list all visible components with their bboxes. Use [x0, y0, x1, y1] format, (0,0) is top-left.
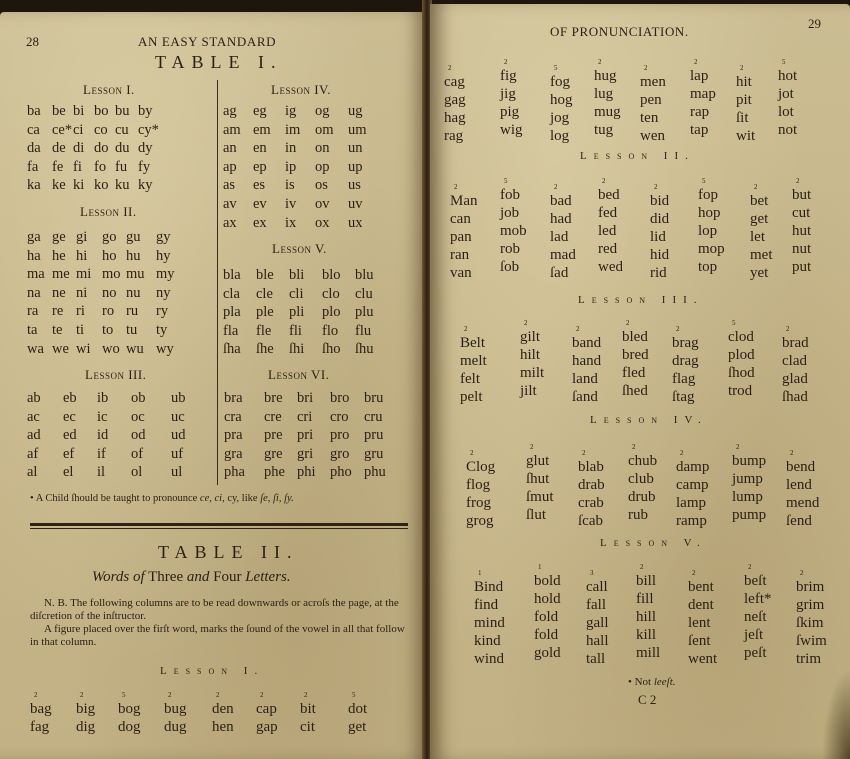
word-text: met	[750, 247, 773, 263]
syllable: ib	[97, 389, 131, 408]
syllable: dy	[138, 139, 158, 158]
word: camp	[676, 476, 709, 494]
syllable-grid: agegigogugamemimomumaneninonunapepipopup…	[223, 102, 378, 232]
word-text: club	[628, 471, 654, 487]
word-text: lop	[698, 223, 717, 239]
word-text: pig	[500, 104, 519, 120]
word-text: let	[750, 229, 765, 245]
word: lend	[786, 476, 819, 494]
syllable: ko	[94, 176, 115, 195]
word: nut	[792, 240, 811, 258]
word-text: get	[750, 211, 768, 227]
syllable: ca	[27, 121, 52, 140]
word: 5fog	[550, 73, 573, 91]
syllable: to	[102, 321, 126, 340]
word-text: neſt	[744, 609, 767, 625]
syllable-row: kakekikokuky	[27, 176, 158, 195]
syllable: pru	[364, 426, 394, 445]
word-text: ſent	[688, 633, 711, 649]
syllable: ka	[27, 176, 52, 195]
word: mind	[474, 614, 505, 632]
word-text: melt	[460, 353, 487, 369]
word-text: glad	[782, 371, 808, 387]
lesson-heading: Lesson III.	[578, 294, 704, 306]
word: crab	[578, 494, 605, 512]
word: ran	[450, 246, 478, 264]
word: mug	[594, 103, 621, 121]
lesson-heading: Lesson I.	[160, 665, 264, 677]
word-text: wig	[500, 122, 523, 138]
syllable-row: praprepripropru	[224, 426, 394, 445]
word-text: dug	[164, 719, 187, 735]
word-text: wit	[736, 128, 755, 144]
word: job	[500, 204, 527, 222]
syllable: ix	[285, 214, 315, 233]
vowel-sound-mark: 2	[582, 449, 586, 457]
vowel-sound-mark: 2	[168, 691, 172, 699]
syllable: do	[94, 139, 115, 158]
word-text: bled	[622, 329, 648, 345]
vowel-sound-mark: 2	[454, 183, 458, 191]
word-text: ſad	[550, 265, 568, 281]
syllable: wo	[102, 340, 126, 359]
word-text: trim	[796, 651, 821, 667]
word: lot	[778, 103, 797, 121]
vowel-sound-mark: 2	[740, 64, 744, 72]
word-column: 2capgap	[256, 700, 278, 736]
word: 2beſt	[744, 572, 772, 590]
syllable: is	[285, 176, 315, 195]
word: tug	[594, 121, 621, 139]
syllable: cru	[364, 408, 394, 427]
syllable: flu	[355, 322, 385, 341]
word: left*	[744, 590, 772, 608]
word: 2cag	[444, 73, 466, 91]
syllable: pho	[330, 463, 364, 482]
syllable: es	[253, 176, 285, 195]
syllable: pli	[289, 303, 322, 322]
word: flog	[466, 476, 495, 494]
syllable-grid: gagegigogugyhahehihohuhymamemimomumynane…	[27, 228, 176, 358]
word-text: gall	[586, 615, 609, 631]
word-column: 2figjigpigwig	[500, 67, 523, 139]
syllable: ſhe	[256, 340, 289, 359]
word-text: milt	[520, 365, 544, 381]
vowel-sound-mark: 2	[530, 443, 534, 451]
word: mill	[636, 644, 660, 662]
vowel-sound-mark: 2	[470, 449, 474, 457]
word-text: hold	[534, 591, 561, 607]
syllable: eg	[253, 102, 285, 121]
syllable: ki	[73, 176, 94, 195]
word: 2cap	[256, 700, 278, 718]
word-text: chub	[628, 453, 657, 469]
syllable: ac	[27, 408, 63, 427]
word: hut	[792, 222, 811, 240]
word: lop	[698, 222, 725, 240]
word-text: gilt	[520, 329, 540, 345]
word: ſob	[500, 258, 527, 276]
word-text: ſhad	[782, 389, 808, 405]
syllable: ob	[131, 389, 171, 408]
word: kill	[636, 626, 660, 644]
vowel-sound-mark: 2	[754, 183, 758, 191]
syllable: eb	[63, 389, 97, 408]
syllable: bre	[264, 389, 297, 408]
word-text: mind	[474, 615, 505, 631]
word: ſmut	[526, 488, 554, 506]
syllable: ab	[27, 389, 63, 408]
word: 2bet	[750, 192, 773, 210]
word-text: kill	[636, 627, 656, 643]
word: trod	[728, 382, 755, 400]
word-text: hall	[586, 633, 609, 649]
syllable: go	[102, 228, 126, 247]
vowel-sound-mark: 2	[692, 569, 696, 577]
word: 2bag	[30, 700, 52, 718]
syllable: ul	[171, 463, 201, 482]
word: land	[572, 370, 601, 388]
word-column: 2bradcladgladſhad	[782, 334, 809, 406]
word: went	[688, 650, 717, 668]
word-column: 2chubclubdrubrub	[628, 452, 657, 524]
syllable-grid: babebibobubycace*cicocucy*dadedidodudyfa…	[27, 102, 158, 195]
vowel-sound-mark: 5	[504, 177, 508, 185]
syllable: ry	[156, 302, 176, 321]
word: pen	[640, 91, 666, 109]
word: jog	[550, 109, 573, 127]
table-subtitle: Words of Three and Four Letters.	[92, 569, 291, 586]
syllable: gre	[264, 445, 297, 464]
syllable: ov	[315, 195, 348, 214]
syllable: mi	[76, 265, 102, 284]
syllable: en	[253, 139, 285, 158]
syllable: gri	[297, 445, 330, 464]
word: lent	[688, 614, 717, 632]
vowel-sound-mark: 1	[538, 563, 542, 571]
word: ſand	[572, 388, 601, 406]
syllable-row: fafefifofufy	[27, 158, 158, 177]
word-text: ſand	[572, 389, 598, 405]
syllable: oc	[131, 408, 171, 427]
word-text: drag	[672, 353, 699, 369]
word: hand	[572, 352, 601, 370]
word-text: fall	[586, 597, 606, 613]
lesson-heading: Lesson II.	[580, 150, 695, 162]
word: fold	[534, 608, 561, 626]
word: ſlut	[526, 506, 554, 524]
word: led	[598, 222, 623, 240]
word: pig	[500, 103, 523, 121]
syllable: ru	[126, 302, 156, 321]
word-text: crab	[578, 495, 604, 511]
syllable: me	[52, 265, 76, 284]
word-text: tug	[594, 122, 613, 138]
syllable-row: asesisosus	[223, 176, 378, 195]
word-text: dot	[348, 701, 367, 717]
word: tap	[690, 121, 716, 139]
syllable: phi	[297, 463, 330, 482]
word-text: pen	[640, 92, 662, 108]
syllable: os	[315, 176, 348, 195]
syllable: pra	[224, 426, 264, 445]
word-column: 2hitpitſitwit	[736, 73, 755, 145]
word: hog	[550, 91, 573, 109]
word-column: 2bragdragflagſtag	[672, 334, 699, 406]
word-column: 2bedfedledredwed	[598, 186, 623, 276]
word: felt	[460, 370, 487, 388]
word: hilt	[520, 346, 544, 364]
vowel-sound-mark: 5	[732, 319, 736, 327]
syllable: on	[315, 139, 348, 158]
syllable: ag	[223, 102, 253, 121]
syllable: fli	[289, 322, 322, 341]
vowel-sound-mark: 5	[702, 177, 706, 185]
syllable: gra	[224, 445, 264, 464]
word-text: jot	[778, 86, 794, 102]
syllable: bra	[224, 389, 264, 408]
word-text: fold	[534, 609, 558, 625]
word-text: cut	[792, 205, 810, 221]
syllable: nu	[126, 284, 156, 303]
page-stain	[822, 669, 850, 759]
word-text: ſmut	[526, 489, 554, 505]
syllable: mo	[102, 265, 126, 284]
table-title: TABLE II.	[158, 542, 299, 563]
syllable: te	[52, 321, 76, 340]
word-text: ten	[640, 110, 658, 126]
syllable-row: rarerirorury	[27, 302, 176, 321]
word: ſcab	[578, 512, 605, 530]
syllable: wi	[76, 340, 102, 359]
word-text: fob	[500, 187, 520, 203]
word-text: fed	[598, 205, 617, 221]
word: 2hit	[736, 73, 755, 91]
word-column: 2blabdrabcrabſcab	[578, 458, 605, 530]
lesson-heading: Lesson III.	[85, 367, 146, 383]
syllable: bu	[115, 102, 138, 121]
word: melt	[460, 352, 487, 370]
word-text: hid	[650, 247, 669, 263]
word: plod	[728, 346, 755, 364]
syllable: fy	[138, 158, 158, 177]
word-text: grim	[796, 597, 824, 613]
word-text: kind	[474, 633, 501, 649]
word: find	[474, 596, 505, 614]
word: gag	[444, 91, 466, 109]
syllable-row: axexixoxux	[223, 214, 378, 233]
syllable: clo	[322, 285, 355, 304]
syllable: ho	[102, 247, 126, 266]
syllable: di	[73, 139, 94, 158]
word: yet	[750, 264, 773, 282]
word: 2bug	[164, 700, 187, 718]
word: lug	[594, 85, 621, 103]
word: mend	[786, 494, 819, 512]
word: grim	[796, 596, 827, 614]
word: 2bid	[650, 192, 669, 210]
syllable: ſhu	[355, 340, 385, 359]
word-column: 1boldholdfoldfoldgold	[534, 572, 561, 662]
word-text: lap	[690, 68, 708, 84]
word-text: log	[550, 128, 569, 144]
vowel-sound-mark: 2	[748, 563, 752, 571]
syllable-row: dadedidodudy	[27, 139, 158, 158]
syllable-row: aneninonun	[223, 139, 378, 158]
word-column: 2butcuthutnutput	[792, 186, 811, 276]
syllable: gy	[156, 228, 176, 247]
syllable: ev	[253, 195, 285, 214]
syllable: em	[253, 121, 285, 140]
word: dig	[76, 718, 95, 736]
syllable: bli	[289, 266, 322, 285]
word-text: Man	[450, 193, 478, 209]
syllable: iv	[285, 195, 315, 214]
word-column: 2bentdentlentſentwent	[688, 578, 717, 668]
word-text: bog	[118, 701, 141, 717]
vowel-sound-mark: 2	[602, 177, 606, 185]
syllable: av	[223, 195, 253, 214]
syllable-row: plaplepliploplu	[223, 303, 385, 322]
word: drag	[672, 352, 699, 370]
word-text: bid	[650, 193, 669, 209]
syllable: cre	[264, 408, 297, 427]
word-text: rap	[690, 104, 709, 120]
syllable: my	[156, 265, 176, 284]
syllable: uc	[171, 408, 201, 427]
syllable: ni	[76, 284, 102, 303]
syllable-grid: abebibobubacecicocucadedidodudafefifofuf…	[27, 389, 201, 482]
word: 5dot	[348, 700, 367, 718]
word-column: 2huglugmugtug	[594, 67, 621, 139]
word-text: ſkim	[796, 615, 824, 631]
word-column: 2menpentenwen	[640, 73, 666, 145]
word-text: ſhed	[622, 383, 648, 399]
syllable: bla	[223, 266, 256, 285]
word: lamp	[676, 494, 709, 512]
word-column: 2bledbredfledſhed	[622, 328, 649, 400]
word: jilt	[520, 382, 544, 400]
word: log	[550, 127, 573, 145]
word-text: pan	[450, 229, 472, 245]
word-text: job	[500, 205, 519, 221]
syllable: ig	[285, 102, 315, 121]
word-text: frog	[466, 495, 491, 511]
word: hill	[636, 608, 660, 626]
syllable: ce*	[52, 121, 73, 140]
word-text: hot	[778, 68, 797, 84]
word-column: 2gilthiltmiltjilt	[520, 328, 544, 400]
syllable: ax	[223, 214, 253, 233]
syllable: ny	[156, 284, 176, 303]
word: 2blab	[578, 458, 605, 476]
word-text: lug	[594, 86, 613, 102]
lesson-heading: Lesson I.	[83, 82, 135, 98]
syllable: pla	[223, 303, 256, 322]
word: 5fob	[500, 186, 527, 204]
word-text: trod	[728, 383, 752, 399]
syllable: clu	[355, 285, 385, 304]
syllable: um	[348, 121, 378, 140]
syllable: ud	[171, 426, 201, 445]
left-page: 28 AN EASY STANDARD TABLE I. Lesson I. b…	[0, 12, 424, 759]
word-text: wind	[474, 651, 504, 667]
word: pan	[450, 228, 478, 246]
syllable: fla	[223, 322, 256, 341]
word: jot	[778, 85, 797, 103]
syllable: fle	[256, 322, 289, 341]
syllable: we	[52, 340, 76, 359]
syllable: mu	[126, 265, 156, 284]
word-text: land	[572, 371, 598, 387]
word-column: 2bendlendmendſend	[786, 458, 819, 530]
word: ſad	[550, 264, 576, 282]
word: 5fop	[698, 186, 725, 204]
syllable: by	[138, 102, 158, 121]
vowel-sound-mark: 2	[796, 177, 800, 185]
syllable-row: hahehihohuhy	[27, 247, 176, 266]
syllable: ug	[348, 102, 378, 121]
word: dug	[164, 718, 187, 736]
syllable-row: gagegigogugy	[27, 228, 176, 247]
word-text: bred	[622, 347, 649, 363]
word: 2Man	[450, 192, 478, 210]
word: rap	[690, 103, 716, 121]
word: 2bed	[598, 186, 623, 204]
syllable: ec	[63, 408, 97, 427]
syllable: ip	[285, 158, 315, 177]
vowel-sound-mark: 2	[260, 691, 264, 699]
word: milt	[520, 364, 544, 382]
word-text: bent	[688, 579, 714, 595]
word-text: did	[650, 211, 669, 227]
word: ſhad	[782, 388, 809, 406]
double-rule-divider	[30, 523, 408, 529]
syllable: phe	[264, 463, 297, 482]
syllable: ge	[52, 228, 76, 247]
word-text: ſhod	[728, 365, 755, 381]
word-column: 2bugdug	[164, 700, 187, 736]
syllable: bro	[330, 389, 364, 408]
word: dog	[118, 718, 141, 736]
syllable: fo	[94, 158, 115, 177]
word: mop	[698, 240, 725, 258]
vowel-sound-mark: 2	[644, 64, 648, 72]
vowel-sound-mark: 2	[504, 58, 508, 66]
syllable: no	[102, 284, 126, 303]
syllable: ta	[27, 321, 52, 340]
word: jeſt	[744, 626, 772, 644]
vowel-sound-mark: 3	[590, 569, 594, 577]
word-text: flag	[672, 371, 695, 387]
word: 2den	[212, 700, 234, 718]
word-text: bold	[534, 573, 561, 589]
syllable: un	[348, 139, 378, 158]
syllable-row: babebibobuby	[27, 102, 158, 121]
word: 2big	[76, 700, 95, 718]
word: did	[650, 210, 669, 228]
word: ſend	[786, 512, 819, 530]
word: drub	[628, 488, 657, 506]
word: frog	[466, 494, 495, 512]
word: drab	[578, 476, 605, 494]
syllable-row: afefifofuf	[27, 445, 201, 464]
vowel-sound-mark: 5	[352, 691, 356, 699]
syllable: up	[348, 158, 378, 177]
word: ſhut	[526, 470, 554, 488]
syllable-row: acecicocuc	[27, 408, 201, 427]
word-text: jeſt	[744, 627, 763, 643]
